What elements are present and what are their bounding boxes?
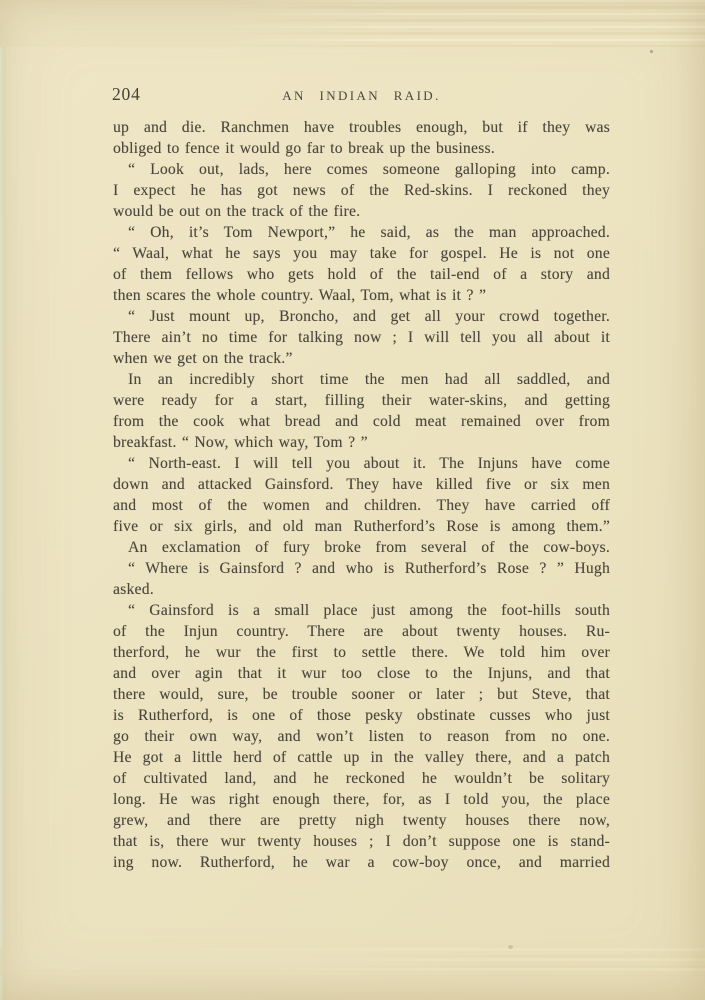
text-line: there would, sure, be trouble sooner or …	[113, 684, 610, 705]
text-line: “ Where is Gainsford ? and who is Ruther…	[113, 558, 610, 579]
text-line: would be out on the track of the fire.	[113, 201, 610, 222]
running-title: AN INDIAN RAID.	[113, 88, 610, 104]
text-line: therford, he wur the first to settle the…	[113, 642, 610, 663]
text-line: were ready for a start, filling their wa…	[113, 390, 610, 411]
text-line: He got a little herd of cattle up in the…	[113, 747, 610, 768]
text-line: when we get on the track.”	[113, 348, 610, 369]
text-line: go their own way, and won’t listen to re…	[113, 726, 610, 747]
paragraph: “ Just mount up, Broncho, and get all yo…	[113, 306, 610, 369]
text-line: “ Waal, what he says you may take for go…	[113, 243, 610, 264]
text-line: I expect he has got news of the Red-skin…	[113, 180, 610, 201]
body-text: up and die. Ranchmen have troubles enoug…	[113, 117, 610, 873]
paper-speck	[508, 945, 513, 949]
text-line: of the Injun country. There are about tw…	[113, 621, 610, 642]
text-line: An exclamation of fury broke from severa…	[113, 537, 610, 558]
paragraph: “ Look out, lads, here comes someone gal…	[113, 159, 610, 222]
text-line: and over agin that it wur too close to t…	[113, 663, 610, 684]
text-line: up and die. Ranchmen have troubles enoug…	[113, 117, 610, 138]
text-line: obliged to fence it would go far to brea…	[113, 138, 610, 159]
text-line: ing now. Rutherford, he war a cow-boy on…	[113, 852, 610, 873]
text-line: “ Look out, lads, here comes someone gal…	[113, 159, 610, 180]
text-line: then scares the whole country. Waal, Tom…	[113, 285, 610, 306]
text-line: There ain’t no time for talking now ; I …	[113, 327, 610, 348]
text-line: In an incredibly short time the men had …	[113, 369, 610, 390]
scan-edge-left	[0, 0, 7, 1000]
text-line: that is, there wur twenty houses ; I don…	[113, 831, 610, 852]
paper-speck	[650, 50, 653, 53]
page-edge-streaks-top	[0, 0, 705, 47]
paragraph: “ Oh, it’s Tom Newport,” he said, as the…	[113, 222, 610, 306]
text-line: long. He was right enough there, for, as…	[113, 789, 610, 810]
text-line: asked.	[113, 579, 610, 600]
text-line: “ Oh, it’s Tom Newport,” he said, as the…	[113, 222, 610, 243]
text-line: five or six girls, and old man Rutherfor…	[113, 516, 610, 537]
text-line: breakfast. “ Now, which way, Tom ? ”	[113, 432, 610, 453]
text-line: “ North-east. I will tell you about it. …	[113, 453, 610, 474]
text-line: “ Gainsford is a small place just among …	[113, 600, 610, 621]
paragraph: In an incredibly short time the men had …	[113, 369, 610, 453]
text-line: of cultivated land, and he reckoned he w…	[113, 768, 610, 789]
page-edge-streaks-bottom	[0, 948, 705, 976]
paragraph: up and die. Ranchmen have troubles enoug…	[113, 117, 610, 159]
text-line: “ Just mount up, Broncho, and get all yo…	[113, 306, 610, 327]
text-line: and most of the women and children. They…	[113, 495, 610, 516]
text-line: of them fellows who gets hold of the tai…	[113, 264, 610, 285]
paragraph: “ North-east. I will tell you about it. …	[113, 453, 610, 537]
text-line: down and attacked Gainsford. They have k…	[113, 474, 610, 495]
book-page: 204 AN INDIAN RAID. up and die. Ranchmen…	[0, 0, 705, 1000]
paragraph: “ Gainsford is a small place just among …	[113, 600, 610, 873]
text-line: grew, and there are pretty nigh twenty h…	[113, 810, 610, 831]
paragraph: “ Where is Gainsford ? and who is Ruther…	[113, 558, 610, 600]
paragraph: An exclamation of fury broke from severa…	[113, 537, 610, 558]
text-line: is Rutherford, is one of those pesky obs…	[113, 705, 610, 726]
text-line: from the cook what bread and cold meat r…	[113, 411, 610, 432]
